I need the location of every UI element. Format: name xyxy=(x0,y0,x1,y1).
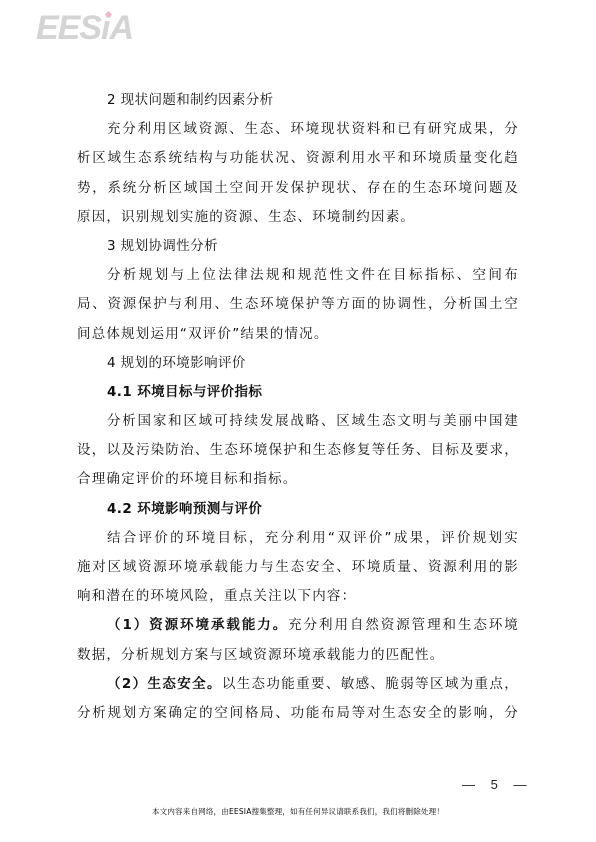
paragraph-line: 分析规划方案确定的空间格局、功能布局等对生态安全的影响，分 xyxy=(77,699,519,728)
list-item-2-text: 以生态功能重要、敏感、脆弱等区域为重点， xyxy=(222,676,519,692)
document-body: 2 现状问题和制约因素分析 充分利用区域资源、生态、环境现状资料和已有研究成果，… xyxy=(77,86,519,728)
paragraph-line: 合理确定评价的环境目标和指标。 xyxy=(77,465,519,494)
paragraph-line: 响和潜在的环境风险，重点关注以下内容： xyxy=(77,582,519,611)
eesia-logo: EESiA xyxy=(36,8,133,48)
logo-text-start: EES xyxy=(36,9,101,47)
paragraph-line: 析区域生态系统结构与功能状况、资源利用水平和环境质量变化趋 xyxy=(77,144,519,173)
section-heading-4-2: 4.2 环境影响预测与评价 xyxy=(77,495,519,524)
list-item-2-line: （2）生态安全。以生态功能重要、敏感、脆弱等区域为重点， xyxy=(77,670,519,699)
section-heading-4: 4 规划的环境影响评价 xyxy=(77,349,519,378)
paragraph-line: 局、资源保护与利用、生态环境保护等方面的协调性，分析国土空 xyxy=(77,290,519,319)
page-number: — 5 — xyxy=(462,777,532,792)
list-item-1-line: （1）资源环境承载能力。充分利用自然资源管理和生态环境 xyxy=(77,611,519,640)
paragraph-line: 原因，识别规划实施的资源、生态、环境制约因素。 xyxy=(77,203,519,232)
section-heading-3: 3 规划协调性分析 xyxy=(77,232,519,261)
section-heading-2: 2 现状问题和制约因素分析 xyxy=(77,86,519,115)
paragraph-line: 设，以及污染防治、生态环境保护和生态修复等任务、目标及要求， xyxy=(77,436,519,465)
list-item-1-text: 充分利用自然资源管理和生态环境 xyxy=(288,617,519,633)
section-heading-4-1: 4.1 环境目标与评价指标 xyxy=(77,378,519,407)
paragraph-line: 分析规划与上位法律法规和规范性文件在目标指标、空间布 xyxy=(77,261,519,290)
list-item-2-label: （2）生态安全。 xyxy=(107,676,222,692)
logo-accent-text: i xyxy=(101,9,109,47)
list-item-1-label: （1）资源环境承载能力。 xyxy=(107,617,288,633)
paragraph-line: 数据，分析规划方案与区域资源环境承载能力的匹配性。 xyxy=(77,641,519,670)
logo-text-end: A xyxy=(110,9,134,47)
footer-disclaimer: 本文内容来自网络，由EESIA搜集整理，如有任何异议请联系我们，我们将删除处理！ xyxy=(0,806,596,817)
paragraph-line: 分析国家和区域可持续发展战略、区域生态文明与美丽中国建 xyxy=(77,407,519,436)
paragraph-line: 施对区域资源环境承载能力与生态安全、环境质量、资源利用的影 xyxy=(77,553,519,582)
paragraph-line: 充分利用区域资源、生态、环境现状资料和已有研究成果，分 xyxy=(77,115,519,144)
logo-accent-letter: i xyxy=(101,8,109,48)
paragraph-line: 间总体规划运用“双评价”结果的情况。 xyxy=(77,320,519,349)
paragraph-line: 势，系统分析区域国土空间开发保护现状、存在的生态环境问题及 xyxy=(77,174,519,203)
paragraph-line: 结合评价的环境目标，充分利用“双评价”成果，评价规划实 xyxy=(77,524,519,553)
